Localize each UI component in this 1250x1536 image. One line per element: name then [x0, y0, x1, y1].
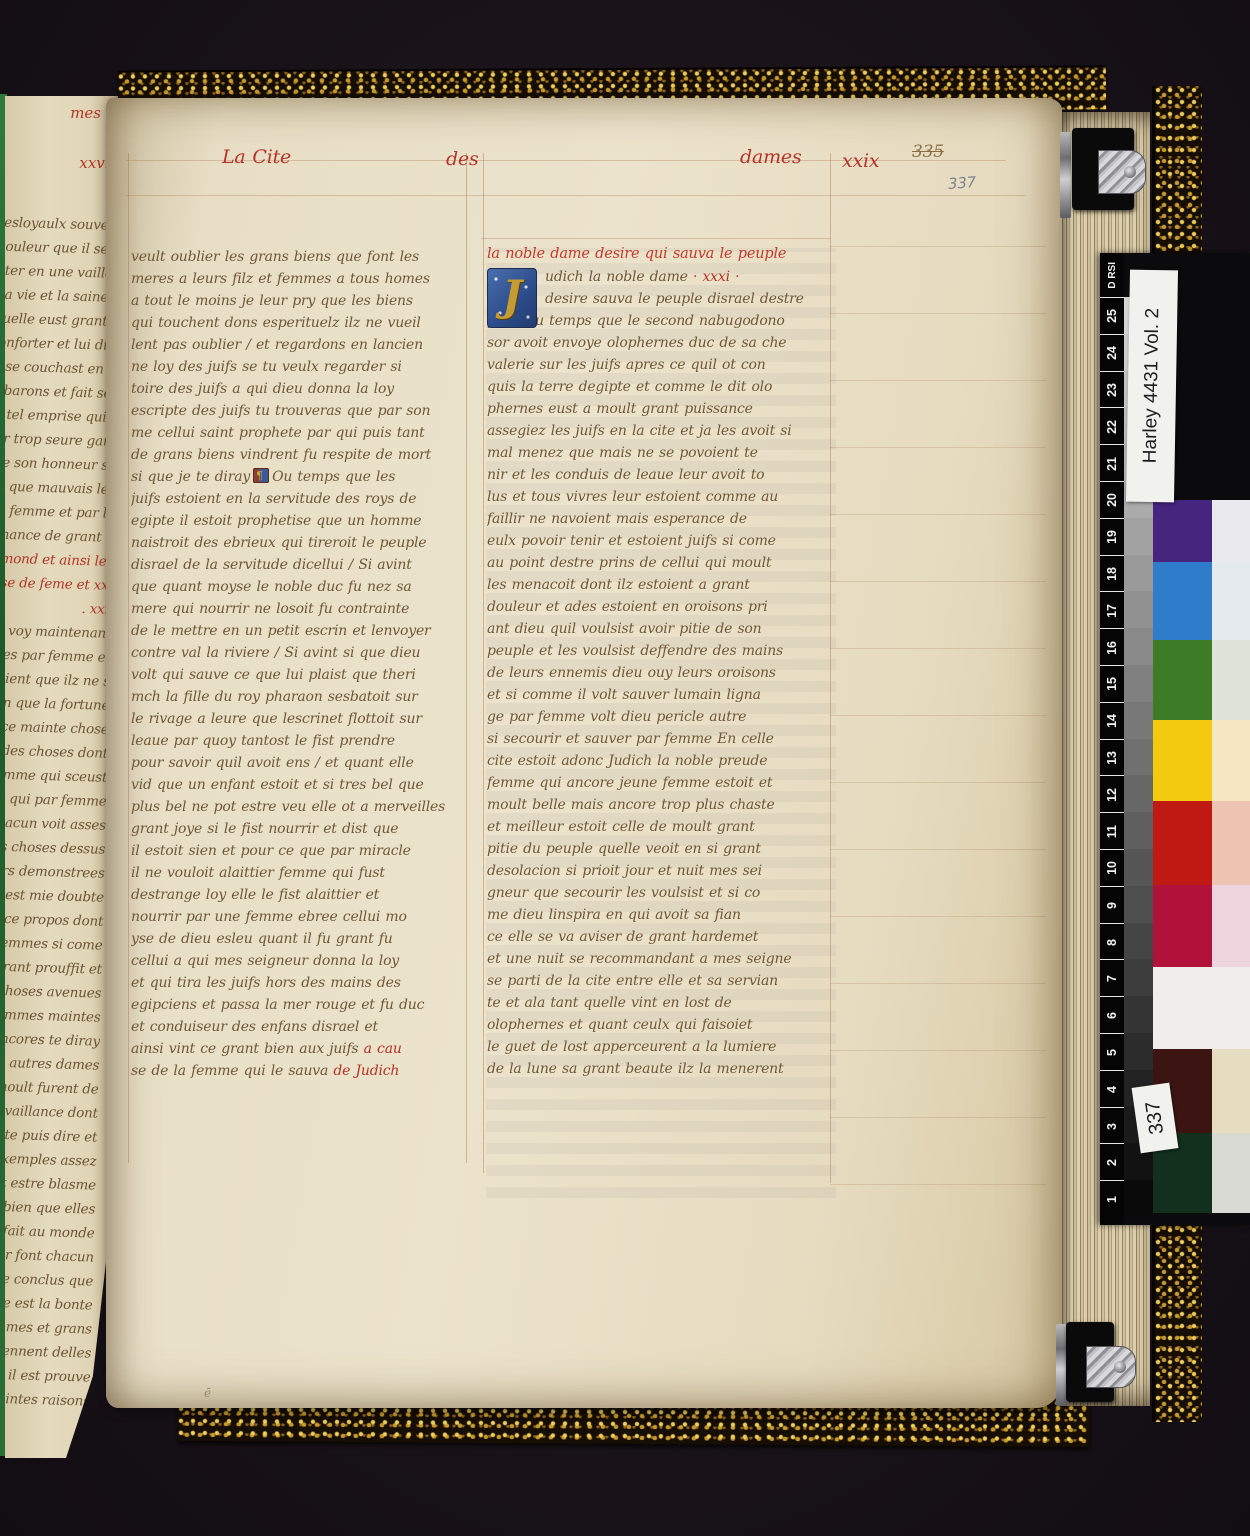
- text-line: gneur que secourir les voulsist et si co: [487, 882, 839, 904]
- ruler-number: 3: [1100, 1107, 1124, 1145]
- ruler-number: 14: [1100, 702, 1124, 740]
- text-line: escripte des juifs tu trouveras que par …: [131, 400, 471, 422]
- facing-text-line: s exemples assez: [5, 1145, 97, 1173]
- text-line: mere qui nourrir ne losoit fu contrainte: [131, 598, 471, 620]
- text-line: de le mettre en un petit escrin et lenvo…: [131, 620, 471, 642]
- facing-text-line: econforter et lui dist: [5, 330, 120, 358]
- ruler-number-strip: D RSI 2524232221201918171615141312111098…: [1100, 253, 1124, 1225]
- text-line: se parti de la cite entre elle et sa ser…: [487, 970, 839, 992]
- running-title-part3: dames: [740, 146, 802, 168]
- color-patch-light: [1212, 562, 1250, 640]
- text-line: cite estoit adonc Judich la noble preude: [487, 750, 839, 772]
- facing-text-line: t les femmes si come: [5, 930, 103, 958]
- facing-text-line: e a tel emprise qui s: [5, 402, 118, 430]
- ruler-number: 23: [1100, 371, 1124, 409]
- text-line: et qui tira les juifs hors des mains des: [131, 972, 471, 994]
- shelfmark-label: Harley 4431 Vol. 2: [1126, 270, 1178, 503]
- text-line: olophernes et quant ceulx qui faisoiet: [487, 1014, 839, 1036]
- color-patch-light: [1212, 801, 1250, 885]
- facing-text-line: il nest homme qui sceust: [5, 762, 108, 790]
- clip-hinge-top: [1098, 150, 1146, 194]
- facing-text-line: s biens qui par femme: [5, 786, 107, 814]
- text-line: quis la terre degipte et comme le dit ol…: [487, 376, 839, 398]
- text-line: le guet de lost apperceurent a la lumier…: [487, 1036, 839, 1058]
- facing-text-line: ne je voy maintenant: [5, 618, 112, 646]
- text-line: meres a leurs filz et femmes a tous home…: [131, 268, 471, 290]
- text-line: et si comme il volt sauver lumain ligna: [487, 684, 839, 706]
- ruler-number: 5: [1100, 1033, 1124, 1071]
- text-line: au point destre prins de cellui qui moul…: [487, 552, 839, 574]
- text-line: disrael de la servitude dicellui / Si av…: [131, 554, 471, 576]
- text-line: moult belle mais ancore trop plus chaste: [487, 794, 839, 816]
- text-line: qui touchent dons esperituelz ilz ne vue…: [131, 312, 471, 334]
- facing-text-line: mes dient que ilz ne s: [5, 666, 110, 694]
- grayscale-step: [1124, 739, 1153, 776]
- facing-text-line: r le bien que elles: [5, 1193, 96, 1221]
- facing-text-line: ez sa vie et la saine q: [5, 282, 121, 310]
- ruler-number: 7: [1100, 959, 1124, 997]
- text-line: egipte il estoit prophetise que un homme: [131, 510, 471, 532]
- text-line: ne loy des juifs se tu veulx regarder si: [131, 356, 471, 378]
- ruler-number: 20: [1100, 481, 1124, 519]
- ruling-line: [483, 153, 484, 1173]
- text-line: pour savoir quil avoit ens / et quant el…: [131, 752, 471, 774]
- text-line: leaue par quoy tantost le fist prendre: [131, 730, 471, 752]
- clip-hinge-bottom: [1086, 1346, 1136, 1388]
- ruler-number: 12: [1100, 775, 1124, 813]
- text-line: vid que un enfant estoit et si tres bel …: [131, 774, 471, 796]
- grayscale-step: [1124, 702, 1153, 739]
- facing-text-line: our cause de feme et xxi: [5, 570, 113, 598]
- facing-text-line: t il nest mie doubte: [5, 882, 104, 910]
- text-line: si que je te dirayOu temps que les: [131, 466, 471, 488]
- color-patch-light: [1212, 1049, 1250, 1133]
- facing-text-line: t ancores te diray: [5, 1025, 100, 1053]
- text-line: valerie sur les juifs apres ce quil ot c…: [487, 354, 839, 376]
- facing-text-line: t encor font chacun: [5, 1241, 94, 1269]
- text-line: ce elle se va aviser de grant hardemet: [487, 926, 839, 948]
- manuscript-photograph: mes xxviij r ses desloyaulx souverant do…: [0, 0, 1250, 1536]
- color-patch-light: [1212, 1133, 1250, 1213]
- paraph-mark: [253, 468, 269, 483]
- facing-text-line: xxx .: [5, 594, 112, 622]
- text-line: peris ou temps que le second nabugodono: [487, 310, 839, 332]
- text-line: et conduiseur des enfans disrael et: [131, 1016, 471, 1038]
- color-patch: [1153, 801, 1212, 885]
- text-line: de grans biens vindrent fu respite de mo…: [131, 444, 471, 466]
- grayscale-step: [1124, 959, 1153, 996]
- grayscale-step: [1124, 996, 1153, 1033]
- text-line: nourrir par une femme ebree cellui mo: [131, 906, 471, 928]
- facing-text-line: nt douleur que il sent: [5, 234, 122, 262]
- ruler-number: 15: [1100, 665, 1124, 703]
- text-line: plus bel ne pot estre veu elle ot a merv…: [131, 796, 471, 818]
- text-line: a tout le moins je leur pry que les bien…: [131, 290, 471, 312]
- ruler-number: 10: [1100, 849, 1124, 887]
- text-line: les menacoit dont ilz estoient a grant: [487, 574, 839, 596]
- ruler-number: 2: [1100, 1143, 1124, 1181]
- text-line: cellui a qui mes seigneur donna la loy: [131, 950, 471, 972]
- color-patch: [1153, 885, 1212, 967]
- text-line: si secourir et sauver par femme En celle: [487, 728, 839, 750]
- ruler-number: 9: [1100, 886, 1124, 924]
- text-line: assegiez les juifs en la cite et ja les …: [487, 420, 839, 442]
- facing-text-line: au mond et ainsi les: [5, 546, 114, 574]
- facing-text-line: ar maintes raisons: [5, 1385, 90, 1413]
- text-line: me cellui saint prophete par qui puis ta…: [131, 422, 471, 444]
- facing-text-line: omme il est prouve: [5, 1361, 91, 1389]
- ruler-number: 6: [1100, 996, 1124, 1034]
- text-line: il ne vouloit alaittier femme qui fust: [131, 862, 471, 884]
- facing-text-line: nt fait au monde: [5, 1217, 95, 1245]
- text-line: toire des juifs a qui dieu donna la loy: [131, 378, 471, 400]
- facing-text-line: ences et ars demonstrees: [5, 858, 105, 886]
- ruler-top-label: D RSI: [1100, 255, 1124, 295]
- text-line: egipciens et passa la mer rouge et fu du…: [131, 994, 471, 1016]
- text-line: le rivage a leure que lescrinet flottoit…: [131, 708, 471, 730]
- facing-text-line: ntaine des choses dont: [5, 738, 108, 766]
- color-patch: [1153, 967, 1250, 1049]
- facing-text-line: rt car trop seure gant: [5, 426, 117, 454]
- text-line: pitie du peuple quelle veoit en si grant: [487, 838, 839, 860]
- text-line: femme qui ancore jeune femme estoit et: [487, 772, 839, 794]
- facing-text-line: our ce conclus que: [5, 1265, 94, 1293]
- ruler-number: 17: [1100, 591, 1124, 629]
- folio-number-pencil: 337: [947, 173, 976, 193]
- text-line: ainsi vint ce grant bien aux juifs a cau: [131, 1038, 471, 1060]
- grayscale-step: [1124, 518, 1153, 555]
- text-line: veult oublier les grans biens que font l…: [131, 246, 471, 268]
- facing-text-line: s choses avenues: [5, 978, 102, 1006]
- text-line: de leurs ennemis dieu ouy leurs oroisons: [487, 662, 839, 684]
- grayscale-step: [1124, 555, 1153, 592]
- facing-running-title-fragment: mes: [70, 104, 101, 122]
- text-line: eulx povoir tenir et estoient juifs si c…: [487, 530, 839, 552]
- text-line: sor avoit envoye olophernes duc de sa ch…: [487, 332, 839, 354]
- running-title-part2: des: [446, 148, 479, 170]
- running-title-part1: La Cite: [222, 146, 291, 168]
- facing-text-line: es femmes et grans: [5, 1313, 92, 1341]
- ruler-number: 13: [1100, 739, 1124, 777]
- color-patch-light: [1212, 885, 1250, 967]
- color-patch-light: [1212, 500, 1250, 562]
- text-line: grant joye si le fist nourrir et dist qu…: [131, 818, 471, 840]
- chapter-rubric: la noble dame desire qui sauva le peuple: [487, 242, 839, 266]
- text-line: udich la noble dame · xxxi ·: [487, 266, 839, 288]
- ruler-number: 22: [1100, 407, 1124, 445]
- text-line: desolacion si prioit jour et nuit mes se…: [487, 860, 839, 882]
- ruling-line: [128, 153, 129, 1163]
- text-line: mal menez que mais ne se povoient te: [487, 442, 839, 464]
- facing-text-line: y quelle eust grant d: [5, 306, 120, 334]
- grayscale-step: [1124, 1033, 1153, 1070]
- text-line: juifs estoient en la servitude des roys …: [131, 488, 471, 510]
- text-line: il estoit sien et pour ce que par miracl…: [131, 840, 471, 862]
- color-patch: [1153, 720, 1212, 801]
- margin-ruling: [830, 246, 1046, 1196]
- facing-text-line: es a ce propos dont: [5, 906, 104, 934]
- grayscale-step: [1124, 923, 1153, 960]
- ruler-number: 19: [1100, 518, 1124, 556]
- text-line: lent pas oublier / et regardons en lanci…: [131, 334, 471, 356]
- illuminated-initial: J: [487, 268, 537, 328]
- facing-text-line: e des autres dames: [5, 1049, 100, 1077]
- text-line: mch la fille du roy pharaon sesbatoit su…: [131, 686, 471, 708]
- grayscale-step: [1124, 628, 1153, 665]
- ruler-number: 21: [1100, 444, 1124, 482]
- facing-text-line: re que mauvais les: [5, 474, 116, 502]
- color-patch-light: [1212, 640, 1250, 720]
- facing-text-line: ut sa femme et par le: [5, 498, 115, 526]
- grayscale-step: [1124, 665, 1153, 702]
- grayscale-step: [1124, 849, 1153, 886]
- text-line: peuple et les voulsist deffendre des mai…: [487, 640, 839, 662]
- facing-text-line: rant vaillance dont: [5, 1097, 98, 1125]
- ruler-number: 8: [1100, 923, 1124, 961]
- text-line: ant dieu quil voulsist avoir pitie de so…: [487, 618, 839, 640]
- grayscale-step: [1124, 812, 1153, 849]
- facing-text-line: r les hommes maintes: [5, 1002, 101, 1030]
- right-column-text: udich la noble dame · xxxi ·desire sauva…: [487, 266, 839, 1080]
- facing-text-line: t de son honneur sa: [5, 450, 116, 478]
- facing-text-line: er giter en une vaillen: [5, 258, 122, 286]
- text-line: naistroit des ebrieux qui tireroit le pe…: [131, 532, 471, 554]
- text-line: contre val la riviere / Si avint si que …: [131, 642, 471, 664]
- facing-text-line: et chacun voit asses: [5, 810, 106, 838]
- text-line: volt qui sauve ce que lui plaist que the…: [131, 664, 471, 686]
- facing-text-line: e bien que la fortune: [5, 690, 110, 718]
- grayscale-step: [1124, 591, 1153, 628]
- folio-number-crossed-out: 335: [912, 142, 944, 162]
- text-line: et une nuit se recommandant a mes seigne: [487, 948, 839, 970]
- ruler-number: 16: [1100, 628, 1124, 666]
- text-line: me dieu linspira en qui avoit sa fian: [487, 904, 839, 926]
- facing-text-line: ouve par les choses dessus: [5, 834, 106, 862]
- text-line: et meilleur estoit celle de moult grant: [487, 816, 839, 838]
- ruler-number: 11: [1100, 812, 1124, 850]
- color-patch: [1153, 500, 1212, 562]
- text-line: ge par femme volt dieu pericle autre: [487, 706, 839, 728]
- text-line: phernes eust a moult grant puissance: [487, 398, 839, 420]
- text-line: desire sauva le peuple disrael destre: [487, 288, 839, 310]
- facing-text-line: iens viennent delles: [5, 1337, 92, 1365]
- color-calibration-ruler: D RSI 2524232221201918171615141312111098…: [1100, 253, 1250, 1225]
- color-patch: [1153, 640, 1212, 720]
- color-patch-light: [1212, 720, 1250, 801]
- text-line: de la lune sa grant beaute ilz la menere…: [487, 1058, 839, 1080]
- text-line: douleur et ades estoient en oroisons pri: [487, 596, 839, 618]
- facing-text-line: ses barons et fait ses: [5, 378, 118, 406]
- quire-mark: ē: [204, 1386, 211, 1400]
- facing-text-line: ordenance de grant b: [5, 522, 114, 550]
- text-line: se de la femme qui le sauva de Judich: [131, 1060, 471, 1082]
- left-column: veult oublier les grans biens que font l…: [131, 246, 471, 1082]
- facing-text-line: e te puis dire et: [5, 1121, 98, 1149]
- color-patch: [1153, 562, 1212, 640]
- facing-text-line: eoir par ce mainte chose: [5, 714, 109, 742]
- facing-text-line: et se couchast en si: [5, 354, 119, 382]
- right-column: la noble dame desire qui sauva le peuple…: [487, 242, 839, 1080]
- grayscale-step: [1124, 1180, 1153, 1217]
- facing-text-line: e venues par femme et: [5, 642, 111, 670]
- ruler-number: 24: [1100, 334, 1124, 372]
- grayscale-step: [1124, 775, 1153, 812]
- facing-text-line: e grant prouffit et: [5, 954, 102, 982]
- chapter-numeral: xxix: [842, 150, 879, 172]
- clip-band-top: [1060, 132, 1071, 218]
- grayscale-step: [1124, 886, 1153, 923]
- text-line: que quant moyse le noble duc fu nez sa: [131, 576, 471, 598]
- text-line: faillir ne navoient mais esperance de: [487, 508, 839, 530]
- ruler-number: 18: [1100, 555, 1124, 593]
- text-line: destrange loy elle le fist alaittier et: [131, 884, 471, 906]
- ruler-number: 25: [1100, 297, 1124, 335]
- facing-text-line: ne doit estre blasme: [5, 1169, 96, 1197]
- text-line: lus et tous vivres leur estoient comme a…: [487, 486, 839, 508]
- ruler-number: 4: [1100, 1070, 1124, 1108]
- manuscript-page: La Cite des dames xxix 335 337 veult oub…: [106, 98, 1062, 1408]
- text-line: nir et les conduis de leaue leur avoit t…: [487, 464, 839, 486]
- facing-text-line: ui moult furent de: [5, 1073, 99, 1101]
- facing-text-line: rande est la bonte: [5, 1289, 93, 1317]
- ruler-number: 1: [1100, 1180, 1124, 1218]
- ruling-line: [126, 195, 1026, 196]
- text-line: yse de dieu esleu quant il fu grant fu: [131, 928, 471, 950]
- text-line: te et ala tant quelle vint en lost de: [487, 992, 839, 1014]
- ruling-line: [481, 238, 831, 239]
